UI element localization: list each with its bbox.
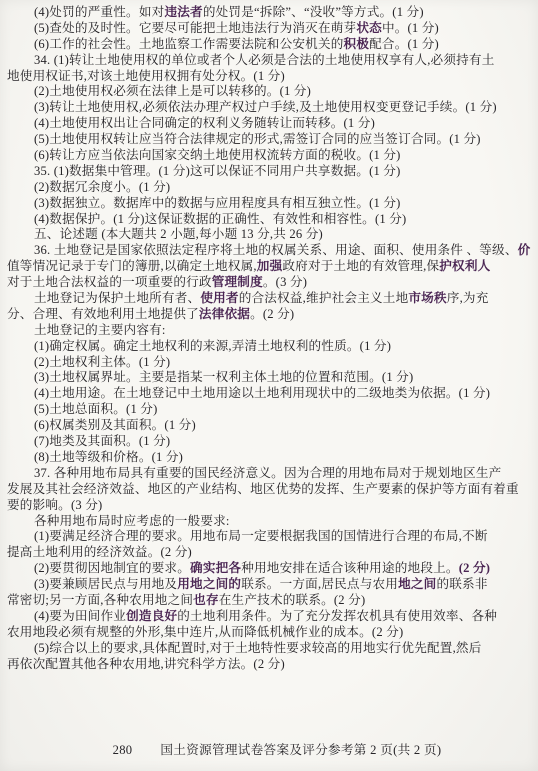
- text-run: 提高土地利用的经济效益。(2 分): [7, 545, 192, 559]
- text-run: (4)处罚的严重性。如对: [34, 5, 164, 19]
- text-run: (4)土地使用权出让合同确定的权利义务随转让而转移。(1 分): [34, 116, 375, 130]
- emphasized-text: (2 分): [459, 561, 490, 575]
- text-run: 。(2 分): [250, 307, 294, 321]
- text-line: (3)要兼顾居民点与用地及用地之间的联系。一方面,居民点与农用地之间的联系非: [7, 577, 534, 593]
- text-line: 各种用地布局时应考虑的一般要求:: [7, 514, 534, 530]
- emphasized-text: 确实把各: [190, 561, 241, 575]
- text-line: 五、论述题 (本大题共 2 小题,每小题 13 分,共 26 分): [7, 227, 534, 243]
- text-run: (5)综合以上的要求,具体配置时,对于土地特性要求较高的用地实行优先配置,然后: [34, 641, 482, 655]
- text-run: (2)要贯彻因地制宜的要求。: [34, 561, 190, 575]
- text-line: 土地登记的主要内容有:: [7, 323, 534, 339]
- text-line: 37. 各种用地布局具有重要的国民经济意义。因为合理的用地布局对于规划地区生产: [7, 466, 534, 482]
- emphasized-text: 也存: [193, 593, 219, 607]
- text-run: 土地登记为保护土地所有者、: [34, 291, 200, 305]
- text-run: 在生产技术的联系。(2 分): [219, 593, 366, 607]
- emphasized-text: 状态: [356, 21, 382, 35]
- emphasized-text: 创造良好: [126, 609, 177, 623]
- emphasized-text: 护权利人: [439, 259, 490, 273]
- text-run: (2)土地使用权必须在法律上是可以转移的。(1 分): [34, 84, 311, 98]
- text-run: 再依次配置其他各种农用地,讲究科学方法。(2 分): [7, 657, 285, 671]
- text-line: (5)土地使用权转让应当符合法律规定的形式,需签订合同的应当签订合同。(1 分): [7, 132, 534, 148]
- text-run: (4)土地用途。在土地登记中土地用途以土地利用现状中的二级地类为依据。(1 分): [34, 386, 490, 400]
- text-line: (4)要为田间作业创造良好的土地利用条件。为了充分发挥农机具有使用效率、各种: [7, 609, 534, 625]
- text-run: 农用地段必须有规整的外形,集中连片,从而降低机械作业的成本。(2 分): [7, 625, 403, 639]
- text-line: 分、合理、有效地利用土地提供了法律依据。(2 分): [7, 307, 534, 323]
- text-run: (2)土地权利主体。(1 分): [34, 355, 170, 369]
- text-line: 地使用权证书,对该土地使用权拥有处分权。(1 分): [7, 69, 534, 85]
- emphasized-text: 使用者: [200, 291, 238, 305]
- text-line: (5)土地总面积。(1 分): [7, 402, 534, 418]
- text-line: (3)土地权属界址。主要是指某一权利主体土地的位置和范围。(1 分): [7, 370, 534, 386]
- text-run: 要的影响。(3 分): [7, 498, 102, 512]
- text-run: (3)土地权属界址。主要是指某一权利主体土地的位置和范围。(1 分): [34, 370, 413, 384]
- text-line: (5)查处的及时性。它要尽可能把土地违法行为消灭在萌芽状态中。(1 分): [7, 21, 534, 37]
- emphasized-text: 市场秩: [408, 291, 446, 305]
- text-run: 配合。(1 分): [369, 37, 439, 51]
- text-line: (3)数据独立。数据库中的数据与应用程度具有相互独立性。(1 分): [7, 196, 534, 212]
- text-line: 再依次配置其他各种农用地,讲究科学方法。(2 分): [7, 657, 534, 673]
- text-line: (2)数据冗余度小。(1 分): [7, 180, 534, 196]
- text-line: (4)土地用途。在土地登记中土地用途以土地利用现状中的二级地类为依据。(1 分): [7, 386, 534, 402]
- text-run: 地使用权证书,对该土地使用权拥有处分权。(1 分): [7, 69, 285, 83]
- text-run: 。(3 分): [263, 275, 307, 289]
- text-run: (4)要为田间作业: [34, 609, 126, 623]
- text-line: (1)确定权属。确定土地权利的来源,弄清土地权利的性质。(1 分): [7, 339, 534, 355]
- text-run: 政府对于土地的有效管理,保: [282, 259, 439, 273]
- text-run: 对于土地合法权益的一项重要的行政: [7, 275, 212, 289]
- text-run: 种用地安排在适合该种用途的地段上。: [241, 561, 459, 575]
- text-run: (6)转让方应当依法向国家交纳土地使用权流转方面的税收。(1 分): [34, 148, 401, 162]
- text-line: 值等情况记录于专门的簿册,以确定土地权属,加强政府对于土地的有效管理,保护权利人: [7, 259, 534, 275]
- emphasized-text: 用地之间的: [177, 577, 241, 591]
- emphasized-text: 加强: [257, 259, 283, 273]
- text-line: (4)数据保护。(1 分)这保证数据的正确性、有效性和相容性。(1 分): [7, 212, 534, 228]
- text-run: (8)土地等级和价格。(1 分): [34, 450, 183, 464]
- text-run: (3)要兼顾居民点与用地及: [34, 577, 177, 591]
- text-run: 发展及其社会经济效益、地区的产业结构、地区优势的发挥、生产要素的保护等方面有着重: [7, 482, 519, 496]
- text-run: 分、合理、有效地利用土地提供了: [7, 307, 199, 321]
- text-run: (5)土地使用权转让应当符合法律规定的形式,需签订合同的应当签订合同。(1 分): [34, 132, 481, 146]
- text-run: (1)要满足经济合理的要求。用地布局一定要根据我国的国情进行合理的布局,不断: [34, 529, 488, 543]
- text-run: (7)地类及其面积。(1 分): [34, 434, 170, 448]
- text-line: (2)要贯彻因地制宜的要求。确实把各种用地安排在适合该种用途的地段上。(2 分): [7, 561, 534, 577]
- emphasized-text: 法律依据: [199, 307, 250, 321]
- footer-title: 国土资源管理试卷答案及评分参考第 2 页(共 2 页): [160, 739, 441, 758]
- text-run: 中。(1 分): [382, 21, 439, 35]
- text-line: (2)土地使用权必须在法律上是可以转移的。(1 分): [7, 84, 534, 100]
- emphasized-text: 违法者: [164, 5, 202, 19]
- text-run: 的合法权益,维护社会主义土地: [239, 291, 409, 305]
- text-run: (6)权属类别及其面积。(1 分): [34, 418, 196, 432]
- text-run: (6)工作的社会性。土地监察工作需要法院和公安机关的: [34, 37, 344, 51]
- text-line: (1)要满足经济合理的要求。用地布局一定要根据我国的国情进行合理的布局,不断: [7, 529, 534, 545]
- text-run: 常密切;另一方面,各种农用地之间: [7, 593, 193, 607]
- text-run: 35. (1)数据集中管理。(1 分)这可以保证不同用户共享数据。(1 分): [34, 164, 401, 178]
- text-run: (1)确定权属。确定土地权利的来源,弄清土地权利的性质。(1 分): [34, 339, 391, 353]
- text-line: 36. 土地登记是国家依照法定程序将土地的权属关系、用途、面积、使用条件 、等级…: [7, 243, 534, 259]
- text-run: 五、论述题 (本大题共 2 小题,每小题 13 分,共 26 分): [34, 227, 323, 241]
- text-run: 的联系非: [436, 577, 487, 591]
- text-line: 常密切;另一方面,各种农用地之间也存在生产技术的联系。(2 分): [7, 593, 534, 609]
- page-number: 280: [113, 743, 133, 758]
- text-run: 各种用地布局时应考虑的一般要求:: [34, 514, 230, 528]
- text-run: (4)数据保护。(1 分)这保证数据的正确性、有效性和相容性。(1 分): [34, 212, 406, 226]
- text-run: (5)查处的及时性。它要尽可能把土地违法行为消灭在萌芽: [34, 21, 356, 35]
- text-run: 36. 土地登记是国家依照法定程序将土地的权属关系、用途、面积、使用条件 、等级…: [34, 243, 518, 257]
- text-line: 要的影响。(3 分): [7, 498, 534, 514]
- emphasized-text: 价: [518, 243, 531, 257]
- text-run: (3)数据独立。数据库中的数据与应用程度具有相互独立性。(1 分): [34, 196, 401, 210]
- text-run: (5)土地总面积。(1 分): [34, 402, 157, 416]
- text-line: (4)土地使用权出让合同确定的权利义务随转让而转移。(1 分): [7, 116, 534, 132]
- answer-text: (4)处罚的严重性。如对违法者的处罚是“拆除”、“没收”等方式。(1 分)(5)…: [7, 5, 534, 672]
- text-line: 提高土地利用的经济效益。(2 分): [7, 545, 534, 561]
- text-run: 序,为充: [447, 291, 489, 305]
- text-line: (5)综合以上的要求,具体配置时,对于土地特性要求较高的用地实行优先配置,然后: [7, 641, 534, 657]
- text-line: (8)土地等级和价格。(1 分): [7, 450, 534, 466]
- text-line: (6)转让方应当依法向国家交纳土地使用权流转方面的税收。(1 分): [7, 148, 534, 164]
- text-line: (4)处罚的严重性。如对违法者的处罚是“拆除”、“没收”等方式。(1 分): [7, 5, 534, 21]
- text-line: 34. (1)转让土地使用权的单位或者个人必须是合法的土地使用权享有人,必须持有…: [7, 53, 534, 69]
- text-line: 农用地段必须有规整的外形,集中连片,从而降低机械作业的成本。(2 分): [7, 625, 534, 641]
- text-line: (7)地类及其面积。(1 分): [7, 434, 534, 450]
- text-run: 土地登记的主要内容有:: [34, 323, 166, 337]
- scanned-page: (4)处罚的严重性。如对违法者的处罚是“拆除”、“没收”等方式。(1 分)(5)…: [0, 0, 538, 771]
- text-line: (6)工作的社会性。土地监察工作需要法院和公安机关的积极配合。(1 分): [7, 37, 534, 53]
- text-run: (2)数据冗余度小。(1 分): [34, 180, 170, 194]
- emphasized-text: 地之间: [398, 577, 436, 591]
- text-line: 对于土地合法权益的一项重要的行政管理制度。(3 分): [7, 275, 534, 291]
- text-run: 37. 各种用地布局具有重要的国民经济意义。因为合理的用地布局对于规划地区生产: [34, 466, 501, 480]
- text-line: 发展及其社会经济效益、地区的产业结构、地区优势的发挥、生产要素的保护等方面有着重: [7, 482, 534, 498]
- text-run: (3)转让土地使用权,必须依法办理产权过户手续,及土地使用权变更登记手续。(1 …: [34, 100, 497, 114]
- text-line: (2)土地权利主体。(1 分): [7, 355, 534, 371]
- text-line: 土地登记为保护土地所有者、使用者的合法权益,维护社会主义土地市场秩序,为充: [7, 291, 534, 307]
- text-line: (3)转让土地使用权,必须依法办理产权过户手续,及土地使用权变更登记手续。(1 …: [7, 100, 534, 116]
- text-run: 的处罚是“拆除”、“没收”等方式。(1 分): [203, 5, 424, 19]
- text-run: 的土地利用条件。为了充分发挥农机具有使用效率、各种: [177, 609, 497, 623]
- text-run: 联系。一方面,居民点与农用: [241, 577, 398, 591]
- text-run: 值等情况记录于专门的簿册,以确定土地权属,: [7, 259, 257, 273]
- emphasized-text: 积极: [344, 37, 370, 51]
- text-line: 35. (1)数据集中管理。(1 分)这可以保证不同用户共享数据。(1 分): [7, 164, 534, 180]
- text-run: 34. (1)转让土地使用权的单位或者个人必须是合法的土地使用权享有人,必须持有…: [34, 53, 495, 67]
- page-footer: 280 国土资源管理试卷答案及评分参考第 2 页(共 2 页): [8, 739, 538, 758]
- text-line: (6)权属类别及其面积。(1 分): [7, 418, 534, 434]
- emphasized-text: 管理制度: [212, 275, 263, 289]
